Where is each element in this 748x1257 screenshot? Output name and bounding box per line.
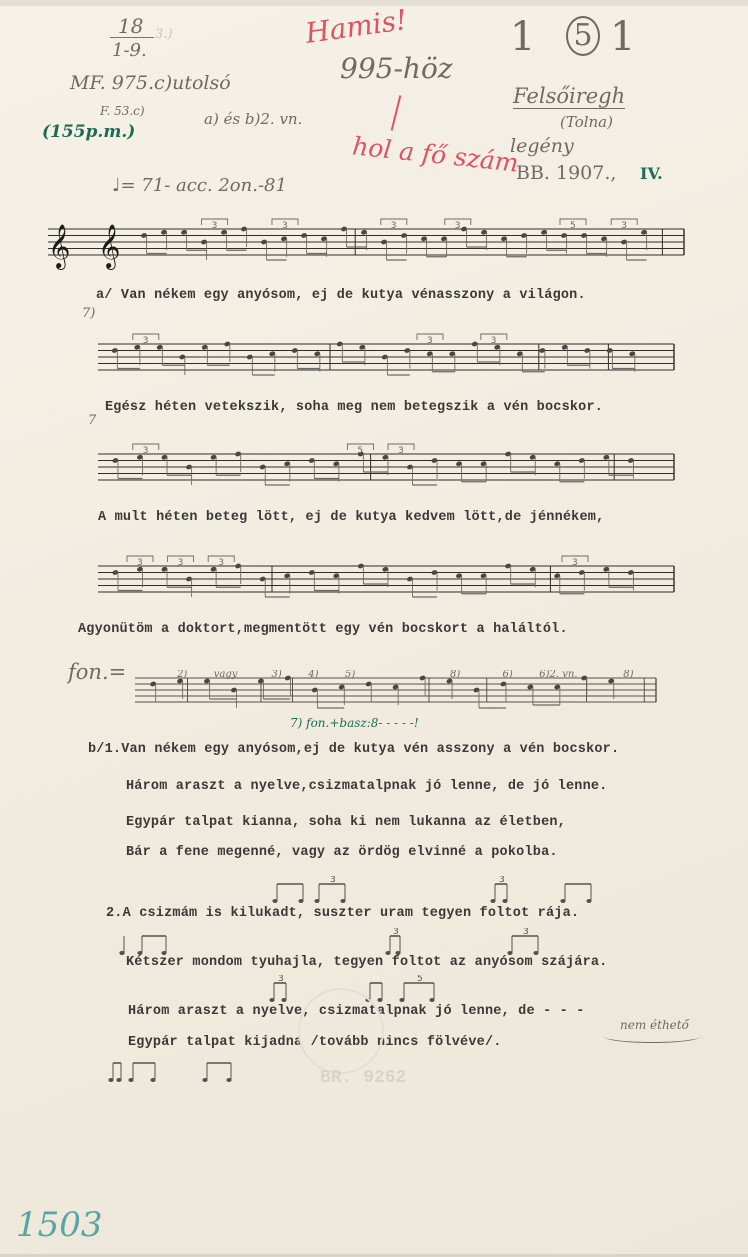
staff-lines: 353: [98, 440, 678, 500]
lyrics-line-2: Egész héten vetekszik, soha meg nem bete…: [105, 400, 603, 415]
quarter-note-icon: ♩: [112, 175, 121, 196]
staff-lines: 333: [98, 330, 678, 390]
svg-text:6): 6): [503, 670, 513, 680]
staff-3-footnote-mark: 7: [88, 413, 96, 428]
staff-lines: 2)vagy3)4)5)8)6)6)2. vn.8): [135, 670, 660, 722]
number-left: 1: [510, 14, 535, 60]
rhythm-notation: 33: [195, 876, 695, 908]
verse-b1-line-2: Három araszt a nyelve,csizmatalpnak jó l…: [126, 779, 607, 794]
variant-note: a) és b)2. vn.: [204, 110, 302, 128]
svg-text:3: 3: [391, 221, 397, 231]
roman-numeral: IV.: [640, 164, 663, 183]
svg-text:3: 3: [218, 558, 224, 568]
svg-text:3: 3: [398, 446, 404, 456]
red-stroke: [391, 95, 402, 130]
svg-text:3: 3: [427, 336, 433, 346]
staff-2-footnote-mark: 7): [82, 306, 95, 321]
verse-b1-line-1: b/1.Van nékem egy anyósom,ej de kutya vé…: [88, 742, 619, 757]
circled-number: 5: [566, 16, 600, 56]
svg-text:8): 8): [623, 670, 633, 680]
archive-stamp-ring: [298, 988, 384, 1074]
variants-staff: 2)vagy3)4)5)8)6)6)2. vn.8): [135, 670, 660, 722]
svg-text:3: 3: [499, 876, 505, 885]
number-right: 1: [610, 14, 635, 60]
svg-text:6)2. vn.: 6)2. vn.: [539, 670, 577, 680]
rhythm-notation: [105, 1055, 245, 1097]
tempo-marking: ♩= 71- acc. 2on.-81: [112, 175, 287, 196]
archive-number: 1503: [16, 1205, 103, 1245]
svg-text:3: 3: [212, 221, 218, 231]
rhythm-notation: 33: [112, 928, 632, 958]
svg-text:𝄞: 𝄞: [98, 224, 120, 270]
red-note-top: Hamis!: [303, 3, 409, 50]
svg-text:3: 3: [393, 928, 399, 937]
svg-text:3: 3: [523, 928, 529, 937]
svg-text:2): 2): [176, 670, 187, 680]
svg-text:5: 5: [357, 446, 363, 456]
svg-text:3: 3: [455, 221, 461, 231]
svg-text:5: 5: [417, 975, 423, 984]
catalog-fraction-aside: 3.): [155, 27, 172, 42]
staff-lines: 3333: [98, 552, 678, 612]
svg-text:5): 5): [345, 670, 355, 680]
place-name: Felsőiregh: [513, 84, 625, 109]
svg-text:3: 3: [143, 336, 149, 346]
page-mark: (155p.m.): [42, 122, 135, 142]
mf-reference: MF. 975.c)utolsó: [70, 72, 231, 94]
verse-2-line-2: Kétszer mondom tyuhajla, tegyen foltot a…: [126, 955, 607, 970]
catalog-fraction-top: 18: [118, 14, 143, 38]
lyrics-line-3: A mult héten beteg lött, ej de kutya ked…: [98, 510, 604, 525]
svg-text:3: 3: [178, 558, 184, 568]
svg-text:3: 3: [282, 221, 288, 231]
staff-lines: 𝄞𝄞333353: [48, 215, 688, 275]
performer: legény: [510, 135, 574, 157]
music-staff-4: 3333: [98, 552, 678, 612]
svg-text:4): 4): [307, 670, 318, 680]
music-staff-2: 333: [98, 330, 678, 390]
verse-b1-line-3: Egypár talpat kianna, soha ki nem lukann…: [126, 815, 566, 830]
svg-text:3: 3: [143, 446, 149, 456]
music-staff-1: 𝄞𝄞333353: [48, 215, 688, 275]
red-note-bottom: hol a fő szám: [351, 131, 520, 177]
verse-2-line-1: 2.A csizmám is kilukadt, suszter uram te…: [106, 906, 579, 921]
svg-text:8): 8): [450, 670, 460, 680]
rhythm-marks-v2-4: [105, 1055, 245, 1102]
svg-text:3: 3: [572, 558, 578, 568]
lyrics-line-4: Agyonütöm a doktort,megmentött egy vén b…: [78, 622, 568, 637]
svg-text:3: 3: [278, 975, 284, 984]
svg-text:5: 5: [570, 221, 576, 231]
f-reference: F. 53.c): [100, 104, 145, 118]
verse-b1-line-4: Bár a fene megenné, vagy az ördög elvinn…: [126, 845, 558, 860]
variants-label: fon.=: [68, 660, 126, 684]
svg-text:3: 3: [137, 558, 143, 568]
collector-year: BB. 1907.,: [516, 162, 616, 184]
county-name: (Tolna): [560, 113, 613, 131]
lyrics-line-1: a/ Van nékem egy anyósom, ej de kutya vé…: [96, 288, 586, 303]
svg-text:3: 3: [330, 876, 336, 885]
svg-text:3: 3: [621, 221, 627, 231]
music-staff-3: 353: [98, 440, 678, 500]
svg-text:𝄞: 𝄞: [48, 224, 70, 270]
cross-reference: 995-höz: [340, 52, 453, 85]
illegible-brace: [604, 1030, 700, 1043]
svg-text:3): 3): [272, 670, 282, 680]
catalog-fraction-bottom: 1-9.: [112, 40, 147, 61]
fraction-line: [110, 37, 154, 38]
variants-footnote: 7) fon.+basz:8- - - - -!: [290, 716, 419, 730]
archive-stamp: BR. 9262: [320, 1068, 406, 1088]
manuscript-page: 18 3.) 1-9. MF. 975.c)utolsó F. 53.c) a)…: [0, 0, 748, 1257]
svg-text:3: 3: [491, 336, 497, 346]
svg-text:vagy: vagy: [214, 670, 238, 680]
